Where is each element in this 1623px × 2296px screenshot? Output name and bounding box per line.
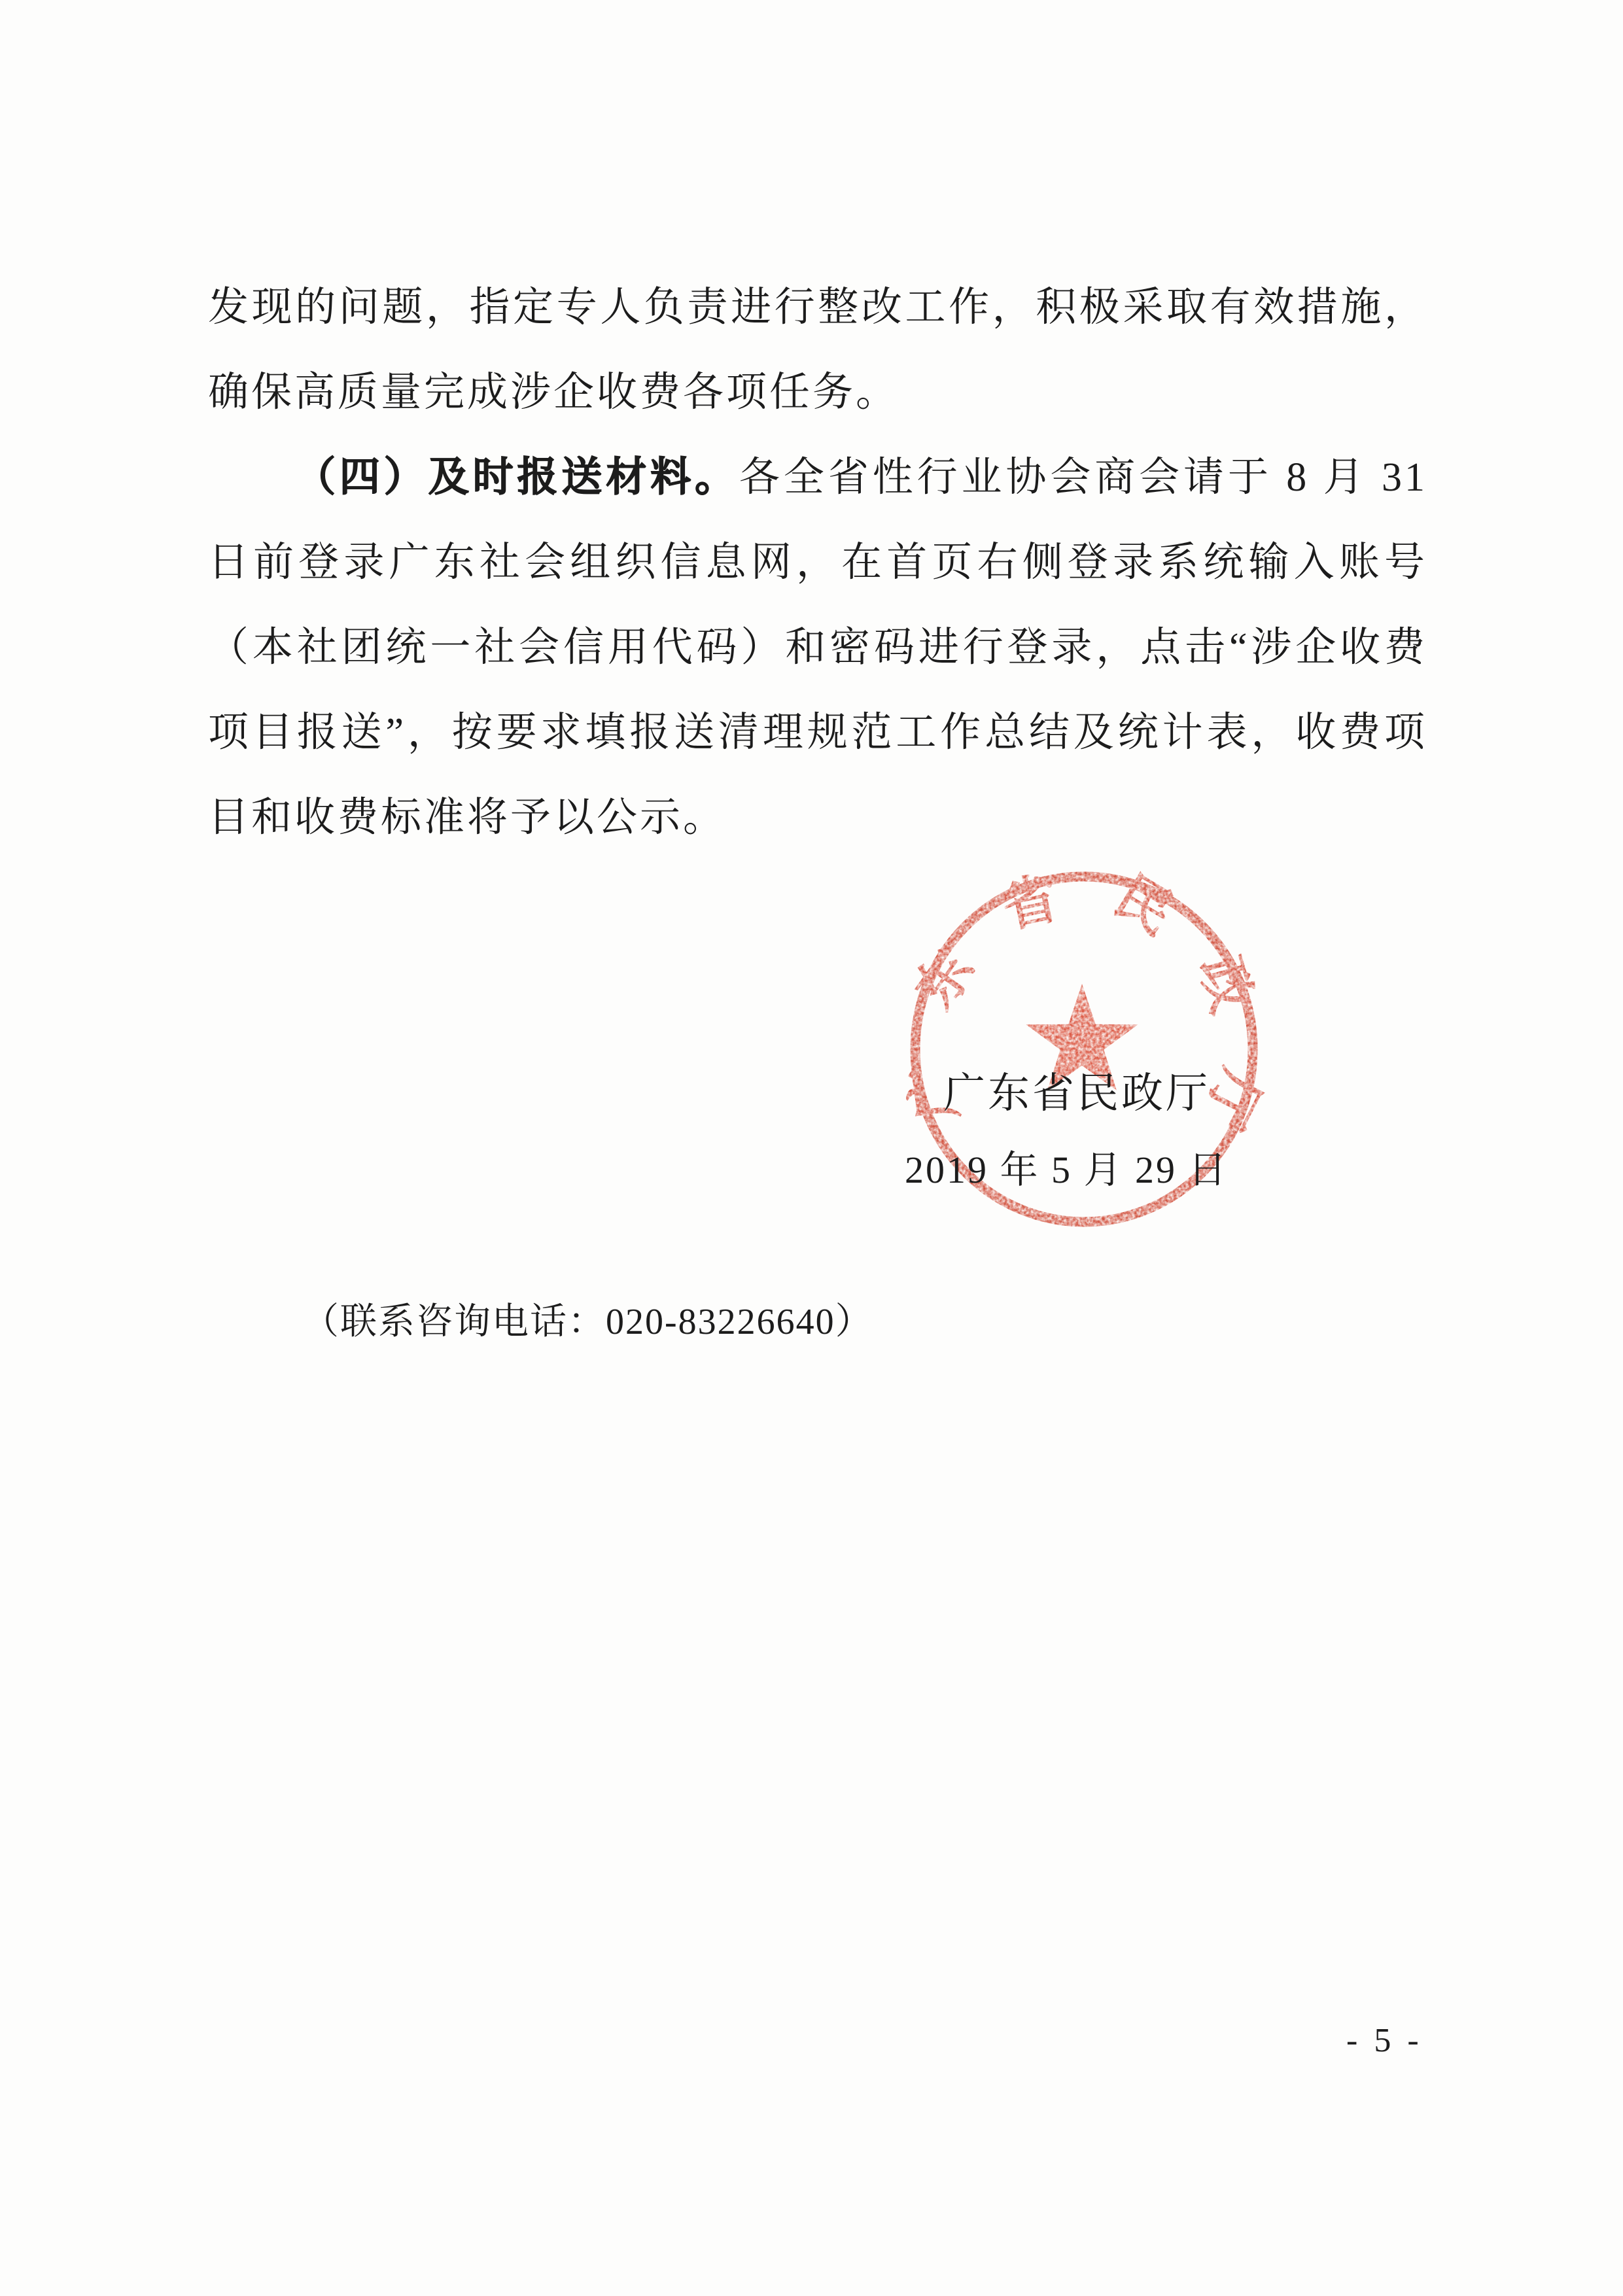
text-line-4: 日前登录广东社会组织信息网，在首页右侧登录系统输入账号 [208,520,1427,605]
text-line-5: （本社团统一社会信用代码）和密码进行登录，点击“涉企收费 [208,605,1427,690]
text-line-6: 项目报送”，按要求填报送清理规范工作总结及统计表，收费项 [208,690,1427,775]
document-page: 发现的问题，指定专人负责进行整改工作，积极采取有效措施， 确保高质量完成涉企收费… [0,0,1623,2296]
section-heading-rest: 各全省性行业协会商会请于 8 月 31 [739,455,1427,500]
signature-agency: 广东省民政厅 [943,1073,1210,1115]
text-line-2: 确保高质量完成涉企收费各项任务。 [208,350,1427,435]
contact-phone: （联系咨询电话：020-83226640） [302,1304,873,1340]
signature-date: 2019 年 5 月 29 日 [905,1151,1229,1189]
section-heading-bold: （四）及时报送材料。 [295,455,739,500]
text-line-1: 发现的问题，指定专人负责进行整改工作，积极采取有效措施， [208,265,1427,350]
text-line-3: （四）及时报送材料。各全省性行业协会商会请于 8 月 31 [208,435,1427,520]
page-number: - 5 - [1346,2024,1423,2058]
text-line-7: 目和收费标准将予以公示。 [208,775,1427,860]
body-text: 发现的问题，指定专人负责进行整改工作，积极采取有效措施， 确保高质量完成涉企收费… [208,265,1427,860]
